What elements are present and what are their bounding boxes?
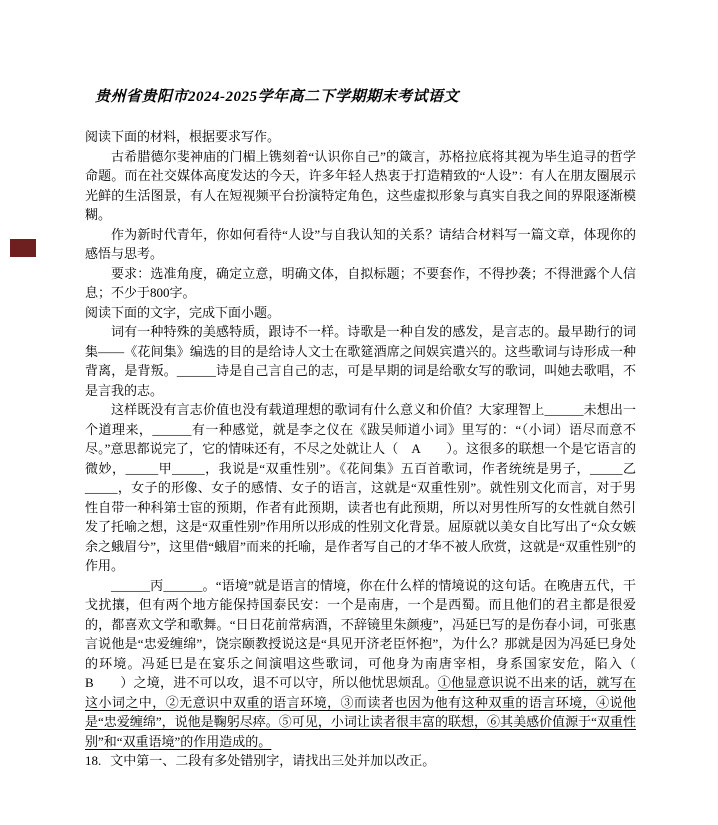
reading-paragraph-1: 词有一种特殊的美感特质，跟诗不一样。诗歌是一种自发的感发，是言志的。最早勘行的词… <box>85 322 636 400</box>
reading-paragraph-2: 这样既没有言志价值也没有载道理想的歌词有什么意义和价值？大家理智上______未… <box>85 400 636 576</box>
document-body: 阅读下面的材料，根据要求写作。 古希腊德尔斐神庙的门楣上镌刻着“认识你自己”的箴… <box>85 127 636 771</box>
writing-requirements-paragraph: 要求：选准角度，确定立意，明确文体，自拟标题；不要套作，不得抄袭；不得泄露个人信… <box>85 264 636 303</box>
page-title: 贵州省贵阳市2024-2025学年高二下学期期末考试语文 <box>95 85 459 106</box>
question-18-number: 18. <box>85 753 110 768</box>
writing-material-paragraph: 古希腊德尔斐神庙的门楣上镌刻着“认识你自己”的箴言，苏格拉底将其视为毕生追寻的哲… <box>85 147 636 225</box>
writing-task-paragraph: 作为新时代青年，你如何看待“人设”与自我认知的关系？请结合材料写一篇文章，体现你… <box>85 225 636 264</box>
red-marker <box>10 239 36 257</box>
reading-section-instruction: 阅读下面的文字，完成下面小题。 <box>85 303 636 323</box>
question-18-text: 文中第一、二段有多处错别字，请找出三处并加以改正。 <box>110 753 435 768</box>
question-18: 18.文中第一、二段有多处错别字，请找出三处并加以改正。 <box>85 751 636 771</box>
writing-section-instruction: 阅读下面的材料，根据要求写作。 <box>85 127 636 147</box>
reading-paragraph-3-normal: ______丙______。“语境”就是语言的情境，你在什么样的情境说的这句话。… <box>85 578 649 691</box>
exam-document-page: 贵州省贵阳市2024-2025学年高二下学期期末考试语文 阅读下面的材料，根据要… <box>0 0 718 825</box>
reading-paragraph-3: ______丙______。“语境”就是语言的情境，你在什么样的情境说的这句话。… <box>85 576 636 752</box>
